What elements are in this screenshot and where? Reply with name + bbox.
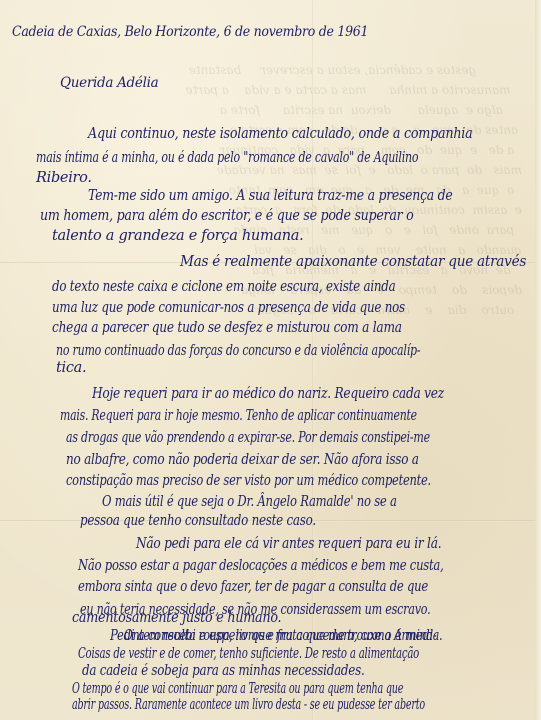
letter-line: Coisas de vestir e de comer, tenho sufic… — [78, 646, 419, 662]
letter-line: abrir passos. Raramente acontece um livr… — [72, 697, 425, 713]
letter-line: do texto neste caixa e ciclone em noite … — [52, 279, 396, 295]
letter-line: O tempo é o que vai continuar para a Ter… — [72, 681, 403, 697]
letter-line: as drogas que vão prendendo a expirar-se… — [66, 430, 430, 446]
letter-line: chega a parecer que tudo se desfez e mis… — [52, 320, 402, 336]
letter-line: Ontem recebi roupa, livros e fruta que m… — [124, 628, 442, 644]
letter-line: Ribeiro. — [36, 170, 92, 186]
letter-line: uma luz que pode comunicar-nos a presenç… — [52, 300, 405, 316]
paper-edge — [535, 0, 541, 720]
letter-line: no rumo continuado das forças do concurs… — [56, 343, 420, 359]
letter-line: Aqui continuo, neste isolamento calculad… — [88, 126, 472, 142]
letter-line: camentosamente justo e humano. — [72, 610, 281, 626]
letter-line: mais. Requeri para ir hoje mesmo. Tenho … — [60, 408, 417, 424]
letter-line: pessoa que tenho consultado neste caso. — [80, 513, 316, 529]
letter-line: um homem, para além do escritor, e é que… — [40, 208, 413, 224]
letter-line: O mais útil é que seja o Dr. Ângelo Rama… — [102, 494, 397, 510]
letter-line: Tem-me sido um amigo. A sua leitura traz… — [88, 188, 453, 204]
letter-line: constipação mas preciso de ser visto por… — [66, 473, 431, 489]
letter-salutation: Querida Adélia — [60, 75, 158, 91]
letter-line: talento a grandeza e força humana. — [52, 228, 303, 244]
letter-line: mais íntima é a minha, ou é dada pelo "r… — [36, 150, 418, 166]
letter-line: Hoje requeri para ir ao médico do nariz.… — [92, 386, 444, 402]
letter-line: no albafre, como não poderia deixar de s… — [66, 452, 419, 468]
letter-line: tica. — [56, 360, 86, 376]
letter-line: da cadeia é sobeja para as minhas necess… — [82, 663, 364, 679]
letter-line: embora sinta que o devo fazer, ter de pa… — [78, 579, 428, 595]
letter-line: Não posso estar a pagar deslocações a mé… — [78, 558, 444, 574]
letter-line: Não pedi para ele cá vir antes requeri p… — [136, 536, 441, 552]
letter-line: Mas é realmente apaixonante constatar qu… — [180, 254, 526, 270]
letter-header-place-date: Cadeia de Caxias, Belo Horizonte, 6 de n… — [12, 24, 368, 40]
letter-page: gestos e cadência, estou a escrever bast… — [0, 0, 541, 720]
